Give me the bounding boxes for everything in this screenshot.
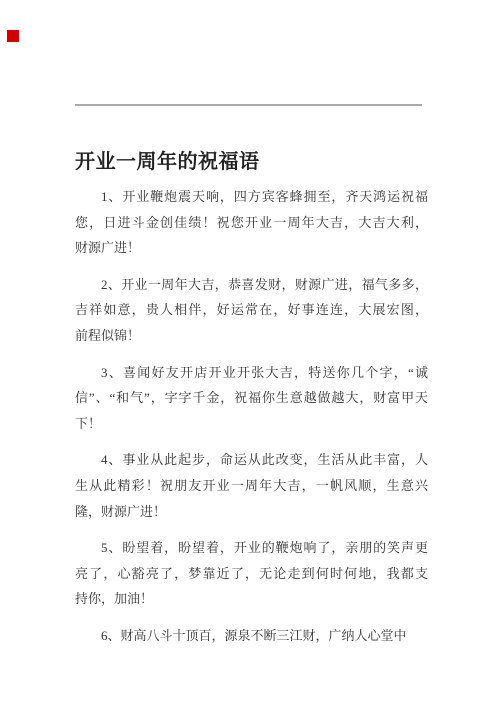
text-line: 生从此精彩！祝朋友开业一周年大吉，一帆风顺，生意兴: [75, 473, 428, 499]
text-line: 5、盼望着，盼望着，开业的鞭炮响了，亲朋的笑声更: [75, 535, 428, 561]
document-page: 开业一周年的祝福语 1、开业鞭炮震天响，四方宾客蜂拥至，齐天鸿运祝福 您，日进斗…: [0, 0, 500, 707]
paragraph-5: 5、盼望着，盼望着，开业的鞭炮响了，亲朋的笑声更 亮了，心豁亮了，梦靠近了，无论…: [75, 535, 428, 612]
text-line: 隆，财源广进！: [75, 499, 428, 525]
text-line: 2、开业一周年大吉，恭喜发财，财源广进，福气多多，: [75, 272, 428, 298]
paragraph-2: 2、开业一周年大吉，恭喜发财，财源广进，福气多多， 吉祥如意，贵人相伴，好运常在…: [75, 272, 428, 349]
text-line: 亮了，心豁亮了，梦靠近了，无论走到何时何地，我都支: [75, 561, 428, 587]
paragraph-3: 3、喜闻好友开店开业开张大吉，特送你几个字，“诚 信”、“和气”，字字千金，祝福…: [75, 360, 428, 437]
text-line: 6、财高八斗十顶百，源泉不断三江财，广纳人心堂中: [75, 623, 428, 649]
text-line: 4、事业从此起步，命运从此改变，生活从此丰富，人: [75, 447, 428, 473]
text-line: 您，日进斗金创佳绩！祝您开业一周年大吉，大吉大利，: [75, 210, 428, 236]
text-line: 吉祥如意，贵人相伴，好运常在，好事连连，大展宏图，: [75, 297, 428, 323]
top-divider-rule: [75, 104, 422, 106]
text-line: 持你，加油！: [75, 586, 428, 612]
text-line: 前程似锦！: [75, 323, 428, 349]
paragraph-6: 6、财高八斗十顶百，源泉不断三江财，广纳人心堂中: [75, 623, 428, 649]
text-line: 1、开业鞭炮震天响，四方宾客蜂拥至，齐天鸿运祝福: [75, 184, 428, 210]
page-title: 开业一周年的祝福语: [75, 147, 260, 177]
paragraph-1: 1、开业鞭炮震天响，四方宾客蜂拥至，齐天鸿运祝福 您，日进斗金创佳绩！祝您开业一…: [75, 184, 428, 261]
text-line: 3、喜闻好友开店开业开张大吉，特送你几个字，“诚: [75, 360, 428, 386]
red-corner-mark: [7, 30, 19, 42]
text-line: 信”、“和气”，字字千金，祝福你生意越做越大，财富甲天: [75, 385, 428, 411]
paragraph-4: 4、事业从此起步，命运从此改变，生活从此丰富，人 生从此精彩！祝朋友开业一周年大…: [75, 447, 428, 524]
text-line: 财源广进！: [75, 235, 428, 261]
document-body: 1、开业鞭炮震天响，四方宾客蜂拥至，齐天鸿运祝福 您，日进斗金创佳绩！祝您开业一…: [75, 184, 428, 649]
text-line: 下！: [75, 411, 428, 437]
